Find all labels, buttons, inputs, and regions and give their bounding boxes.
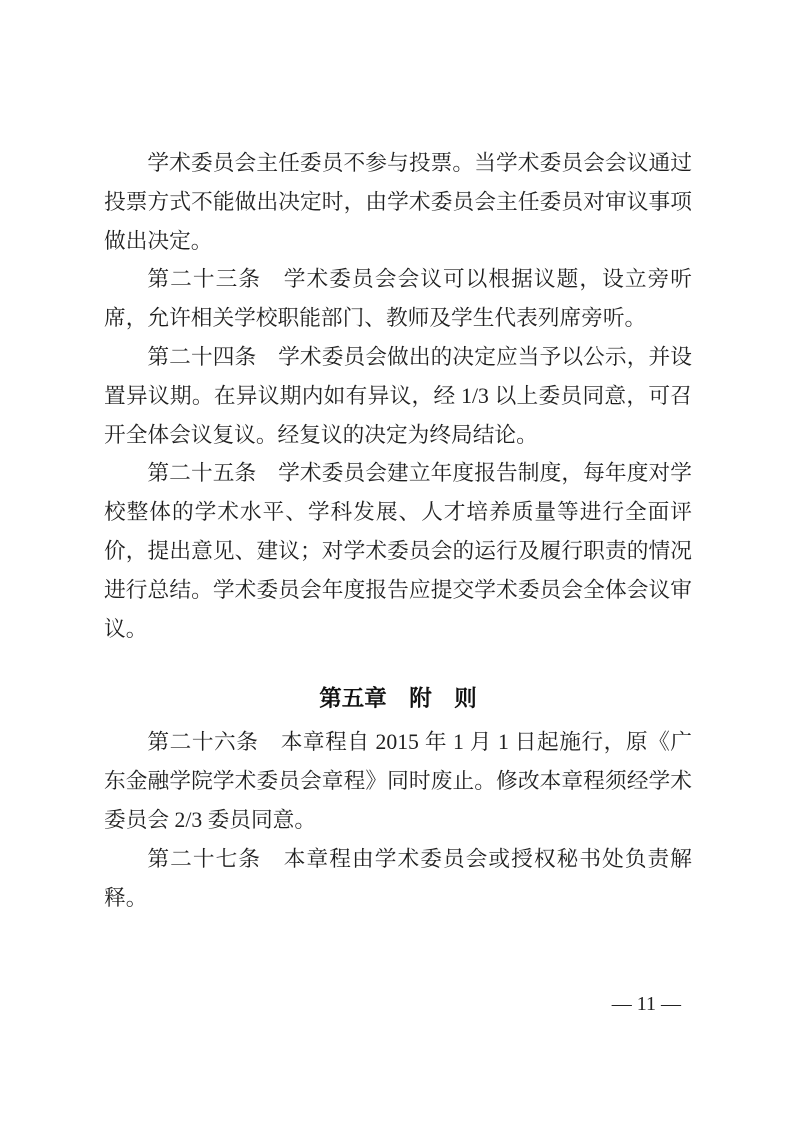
- document-body: 学术委员会主任委员不参与投票。当学术委员会会议通过投票方式不能做出决定时，由学术…: [104, 144, 692, 917]
- chapter-heading: 第五章 附 则: [104, 679, 692, 718]
- body-paragraph: 学术委员会主任委员不参与投票。当学术委员会会议通过投票方式不能做出决定时，由学术…: [104, 144, 692, 260]
- body-paragraph: 第二十四条 学术委员会做出的决定应当予以公示，并设置异议期。在异议期内如有异议，…: [104, 338, 692, 454]
- body-paragraph: 第二十五条 学术委员会建立年度报告制度，每年度对学校整体的学术水平、学科发展、人…: [104, 454, 692, 648]
- document-page: 学术委员会主任委员不参与投票。当学术委员会会议通过投票方式不能做出决定时，由学术…: [0, 0, 794, 1123]
- page-number: — 11 —: [612, 992, 681, 1016]
- body-paragraph: 第二十六条 本章程自 2015 年 1 月 1 日起施行，原《广东金融学院学术委…: [104, 723, 692, 839]
- body-paragraph: 第二十七条 本章程由学术委员会或授权秘书处负责解释。: [104, 840, 692, 918]
- body-paragraph: 第二十三条 学术委员会会议可以根据议题，设立旁听席，允许相关学校职能部门、教师及…: [104, 260, 692, 338]
